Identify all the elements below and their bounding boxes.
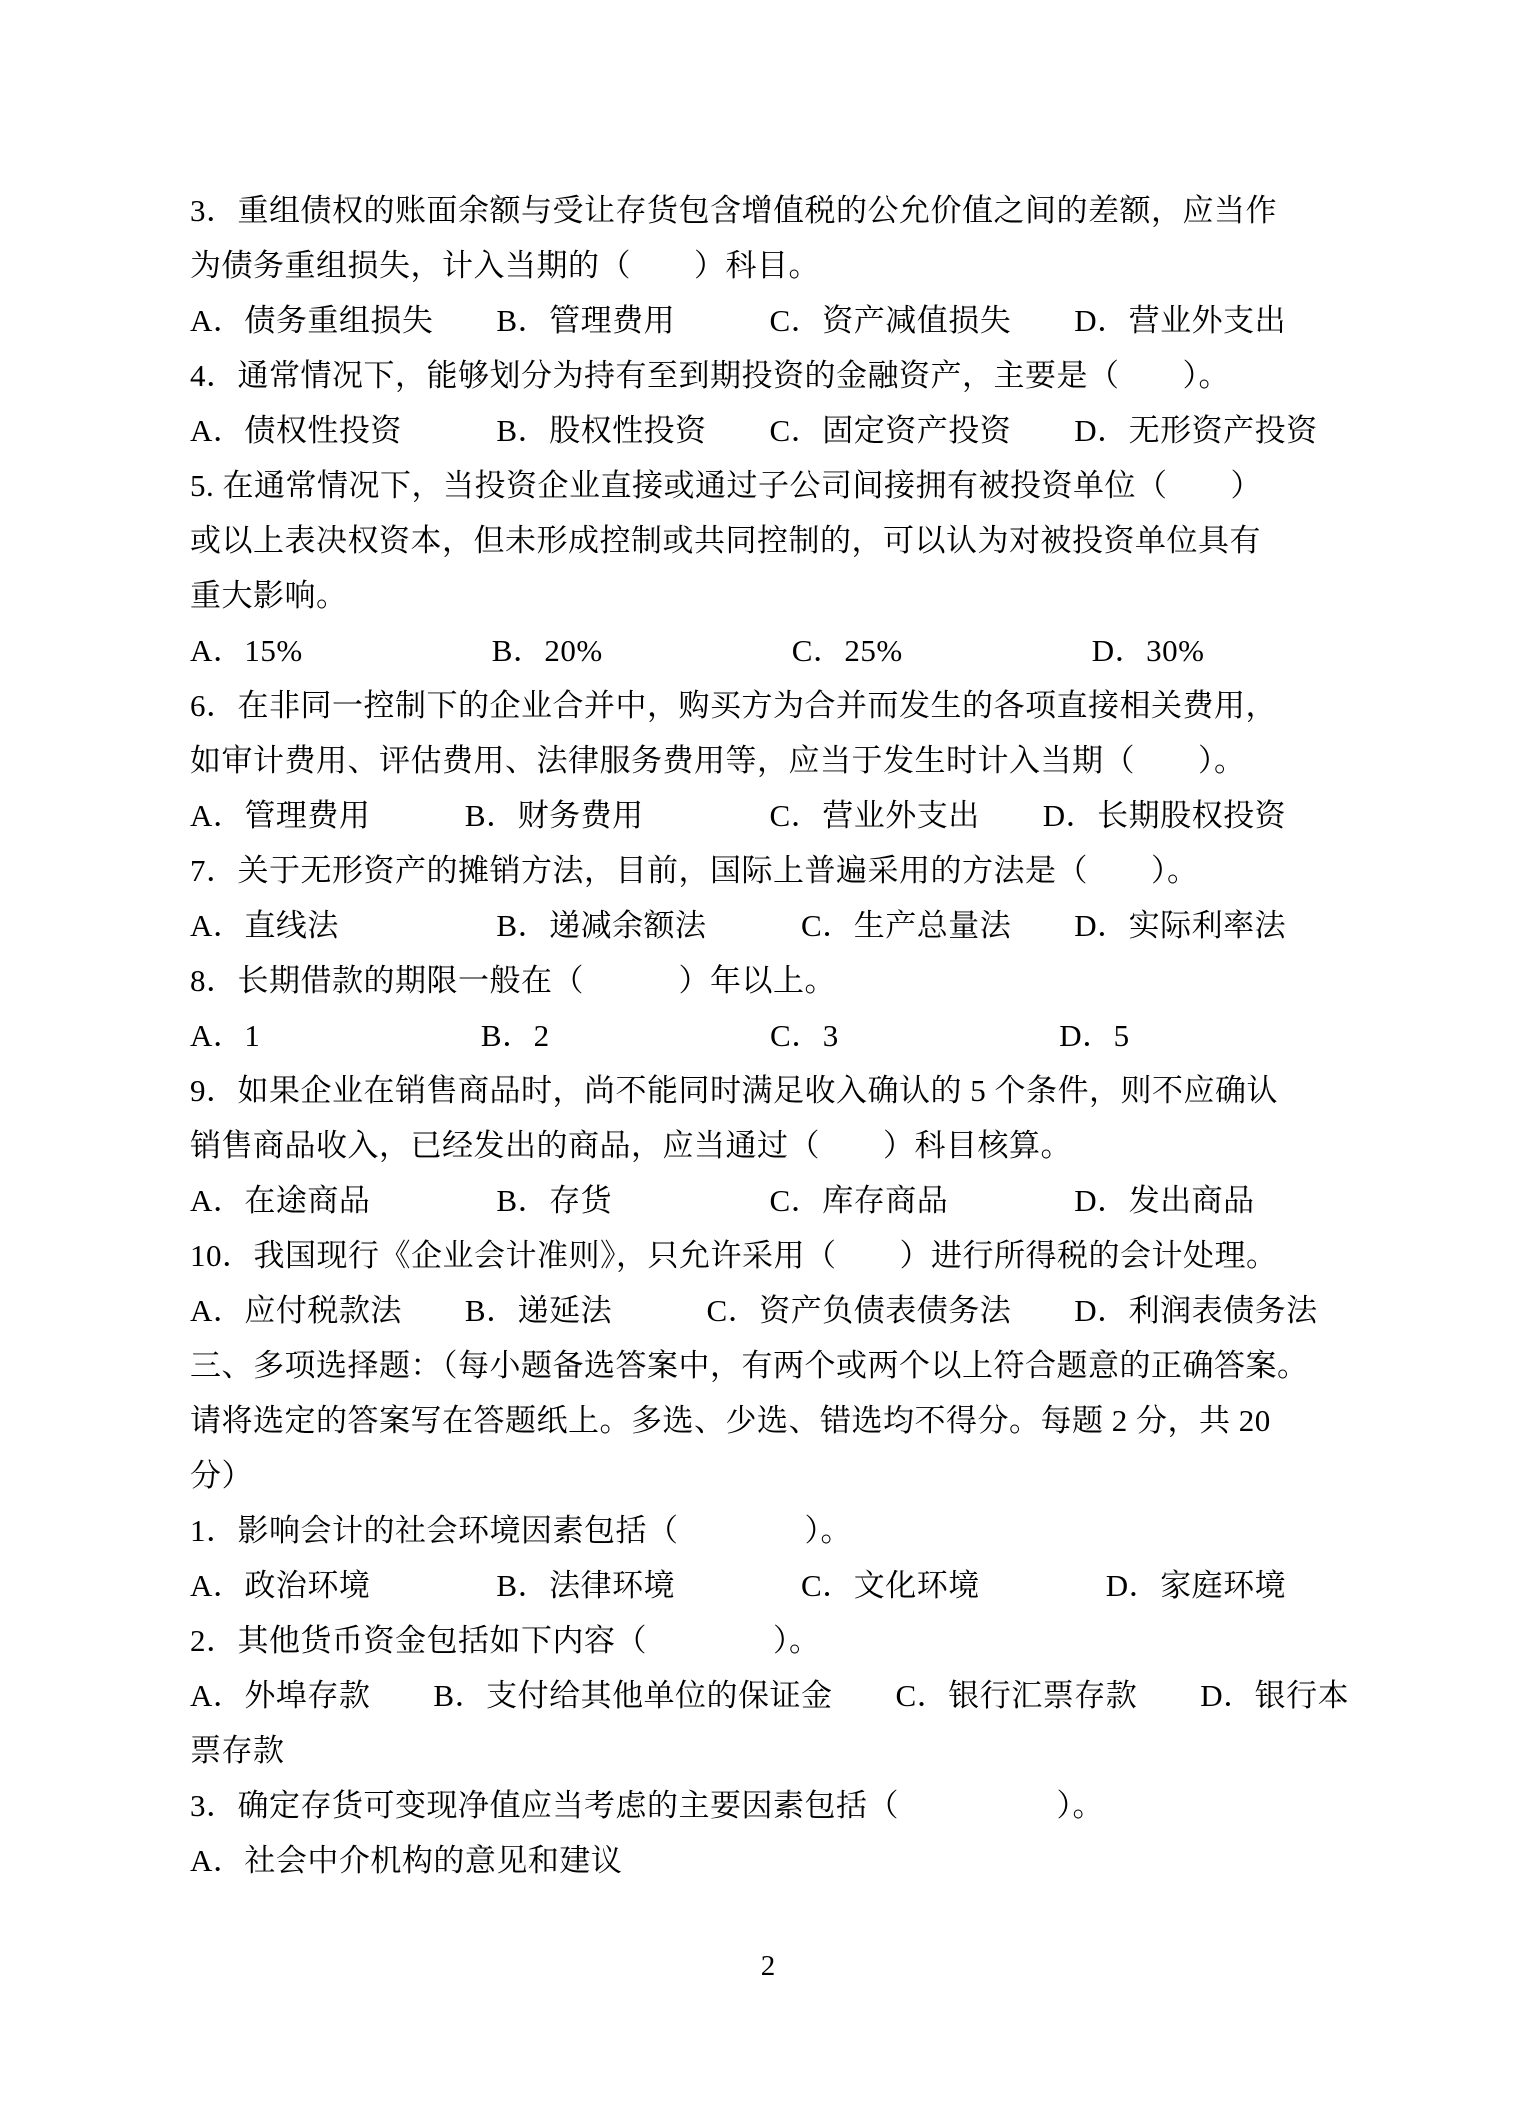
question-6: 6．在非同一控制下的企业合并中，购买方为合并而发生的各项直接相关费用， 如审计费… [190,678,1375,843]
question-3-options: A．债务重组损失 B．管理费用 C．资产减值损失 D．营业外支出 [190,293,1375,348]
question-9: 9．如果企业在销售商品时，尚不能同时满足收入确认的 5 个条件，则不应确认 销售… [190,1063,1375,1228]
mc-question-1: 1．影响会计的社会环境因素包括（ ）。 A．政治环境 B．法律环境 C．文化环境… [190,1503,1375,1613]
mc-question-2: 2．其他货币资金包括如下内容（ ）。 A．外埠存款 B．支付给其他单位的保证金 … [190,1613,1375,1778]
question-8: 8．长期借款的期限一般在（ ）年以上。 A．1 B．2 C．3 D．5 [190,953,1375,1063]
mc-question-2-options-line-2: 票存款 [190,1723,1375,1778]
question-10-options: A．应付税款法 B．递延法 C．资产负债表债务法 D．利润表债务法 [190,1283,1375,1338]
question-5-stem-line-1: 5. 在通常情况下，当投资企业直接或通过子公司间接拥有被投资单位（ ） [190,458,1375,513]
exam-page: 3．重组债权的账面余额与受让存货包含增值税的公允价值之间的差额，应当作 为债务重… [0,0,1536,2127]
question-8-options: A．1 B．2 C．3 D．5 [190,1008,1375,1063]
question-7: 7．关于无形资产的摊销方法，目前，国际上普遍采用的方法是（ ）。 A．直线法 B… [190,843,1375,953]
question-3-stem-line-2: 为债务重组损失，计入当期的（ ）科目。 [190,238,1375,293]
question-5-stem-line-2: 或以上表决权资本，但未形成控制或共同控制的，可以认为对被投资单位具有 [190,513,1375,568]
question-10: 10．我国现行《企业会计准则》，只允许采用（ ）进行所得税的会计处理。 A．应付… [190,1228,1375,1338]
section-3-multiple-choice-heading: 三、多项选择题：（每小题备选答案中，有两个或两个以上符合题意的正确答案。 请将选… [190,1338,1375,1503]
mc-question-3-stem-line-1: 3．确定存货可变现净值应当考虑的主要因素包括（ ）。 [190,1778,1375,1833]
question-6-stem-line-2: 如审计费用、评估费用、法律服务费用等，应当于发生时计入当期（ ）。 [190,733,1375,788]
question-5: 5. 在通常情况下，当投资企业直接或通过子公司间接拥有被投资单位（ ） 或以上表… [190,458,1375,678]
mc-question-3: 3．确定存货可变现净值应当考虑的主要因素包括（ ）。 A．社会中介机构的意见和建… [190,1778,1375,1888]
question-9-stem-line-2: 销售商品收入，已经发出的商品，应当通过（ ）科目核算。 [190,1118,1375,1173]
page-number: 2 [0,1948,1536,1984]
question-3-stem-line-1: 3．重组债权的账面余额与受让存货包含增值税的公允价值之间的差额，应当作 [190,183,1375,238]
exam-content: 3．重组债权的账面余额与受让存货包含增值税的公允价值之间的差额，应当作 为债务重… [190,183,1375,1888]
question-3: 3．重组债权的账面余额与受让存货包含增值税的公允价值之间的差额，应当作 为债务重… [190,183,1375,348]
mc-question-3-option-a: A．社会中介机构的意见和建议 [190,1833,1375,1888]
mc-question-2-stem-line-1: 2．其他货币资金包括如下内容（ ）。 [190,1613,1375,1668]
question-7-options: A．直线法 B．递减余额法 C．生产总量法 D．实际利率法 [190,898,1375,953]
mc-question-2-options-line-1: A．外埠存款 B．支付给其他单位的保证金 C．银行汇票存款 D．银行本 [190,1668,1375,1723]
question-7-stem-line-1: 7．关于无形资产的摊销方法，目前，国际上普遍采用的方法是（ ）。 [190,843,1375,898]
section-3-heading-line-2: 请将选定的答案写在答题纸上。多选、少选、错选均不得分。每题 2 分，共 20 [190,1393,1375,1448]
mc-question-1-options: A．政治环境 B．法律环境 C．文化环境 D．家庭环境 [190,1558,1375,1613]
section-3-heading-line-1: 三、多项选择题：（每小题备选答案中，有两个或两个以上符合题意的正确答案。 [190,1338,1375,1393]
question-10-stem-line-1: 10．我国现行《企业会计准则》，只允许采用（ ）进行所得税的会计处理。 [190,1228,1375,1283]
question-4-options: A．债权性投资 B．股权性投资 C．固定资产投资 D．无形资产投资 [190,403,1375,458]
question-6-stem-line-1: 6．在非同一控制下的企业合并中，购买方为合并而发生的各项直接相关费用， [190,678,1375,733]
question-4-stem-line-1: 4．通常情况下，能够划分为持有至到期投资的金融资产，主要是（ ）。 [190,348,1375,403]
section-3-heading-line-3: 分） [190,1448,1375,1503]
question-6-options: A．管理费用 B．财务费用 C．营业外支出 D．长期股权投资 [190,788,1375,843]
question-4: 4．通常情况下，能够划分为持有至到期投资的金融资产，主要是（ ）。 A．债权性投… [190,348,1375,458]
question-9-options: A．在途商品 B．存货 C．库存商品 D．发出商品 [190,1173,1375,1228]
question-5-options: A．15% B．20% C．25% D．30% [190,623,1375,678]
question-8-stem-line-1: 8．长期借款的期限一般在（ ）年以上。 [190,953,1375,1008]
question-9-stem-line-1: 9．如果企业在销售商品时，尚不能同时满足收入确认的 5 个条件，则不应确认 [190,1063,1375,1118]
mc-question-1-stem-line-1: 1．影响会计的社会环境因素包括（ ）。 [190,1503,1375,1558]
question-5-stem-line-3: 重大影响。 [190,568,1375,623]
